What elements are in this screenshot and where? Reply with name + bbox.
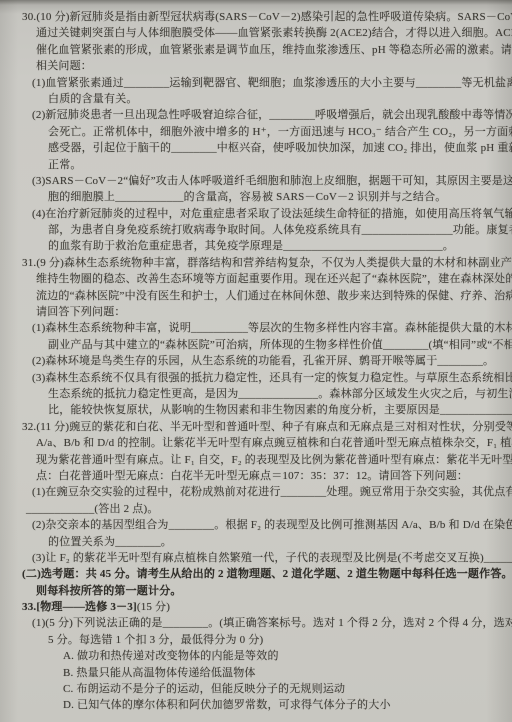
question-31-stem-line: 维持生物圈的稳态、改善生态环境等方面起重要作用。现在还兴起了“森林医院”，建在森… <box>22 271 506 287</box>
question-33-number: 33. <box>22 601 36 613</box>
question-30-item-4: 的血浆有助于救治危重症患者，其免疫学原理是___________________… <box>22 238 506 254</box>
question-31-item-1: (1)森林生态系统物种丰富，说明__________等层次的生物多样性内容丰富。… <box>22 320 506 336</box>
question-30-item-2: 正常。 <box>22 157 506 173</box>
question-31-item-3: 生态系统的抵抗力稳定性更高，是因为______________。森林部分区域发生… <box>22 386 506 402</box>
question-30-stem-line: 通过关键刺突蛋白与人体细胞膜受体——血管紧张素转换酶 2(ACE2)结合，才得以… <box>22 25 506 41</box>
question-33-option-b: B. 热量只能从高温物体传递给低温物体 <box>22 665 506 681</box>
question-33-item-1: 5 分。每选错 1 个扣 3 分，最低得分为 0 分) <box>22 632 506 648</box>
question-30-item-3: (3)SARS－CoV－2“偏好”攻击人体呼吸道纤毛细胞和肺泡上皮细胞，据题干可… <box>22 173 506 189</box>
elective-notice-line: 则每科按所答的第一题计分。 <box>22 583 506 599</box>
question-30-item-3: 胞的细胞膜上____________的含量高，容易被 SARS－CoV－2 识别… <box>22 189 506 205</box>
question-31-stem-line: 流边的“森林医院”中没有医生和护士，人们通过在林间休憩、散步来达到特殊的保健、疗… <box>22 288 506 304</box>
question-33-option-c: C. 布朗运动不是分子的运动，但能反映分子的无规则运动 <box>22 681 506 697</box>
question-30-stem-line: 催化血管紧张素的形成，血管紧张素是调节血压，维持血浆渗透压、pH 等稳态所必需的… <box>22 42 506 58</box>
question-33-option-a: A. 做功和热传递对改变物体的内能是等效的 <box>22 648 506 664</box>
exam-paper-page: 30.(10 分)新冠肺炎是指由新型冠状病毒(SARS－CoV－2)感染引起的急… <box>0 0 512 722</box>
question-31-item-2: (2)森林环境是鸟类生存的乐园，从生态系统的功能看，孔雀开屏、鹩哥开喉等属于__… <box>22 353 506 369</box>
question-30: 30.(10 分)新冠肺炎是指由新型冠状病毒(SARS－CoV－2)感染引起的急… <box>22 9 506 255</box>
question-32-stem-line: A/a、B/b 和 D/d 的控制。让紫花半无叶型有麻点豌豆植株和白花普通叶型无… <box>22 435 506 451</box>
question-30-item-1: (1)血管紧张素通过________运输到靶器官、靶细胞；血浆渗透压的大小主要与… <box>22 75 506 91</box>
question-30-item-4: (4)在治疗新冠肺炎的过程中，对危重症患者采取了设法延续生命特征的措施，如使用高… <box>22 206 506 222</box>
question-30-stem-line: 相关问题： <box>22 58 506 74</box>
question-30-item-4: 部，为患者自身免疫系统打败病毒争取时间。人体免疫系统具有____________… <box>22 222 506 238</box>
question-32-stem-line: 点：白花普通叶型无麻点：白花半无叶型无麻点＝107：35：37：12。请回答下列… <box>22 468 506 484</box>
question-31-stem-line: 31.(9 分)森林生态系统物种丰富，群落结构和营养结构复杂，不仅为人类提供大量… <box>22 255 506 271</box>
question-32-stem-line: 32.(11 分)豌豆的紫花和白花、半无叶型和普通叶型、种子有麻点和无麻点是三对… <box>22 419 506 435</box>
question-32-item-3: (3)让 F₂ 的紫花半无叶型有麻点植株自然繁殖一代，子代的表现型及比例是(不考… <box>22 550 506 566</box>
question-30-item-2: 感受器，引起位于脑干的________中枢兴奋，使呼吸加快加深，加速 CO₂ 排… <box>22 140 506 156</box>
question-33: 33.[物理——选修 3－3](15 分) (1)(5 分)下列说法正确的是__… <box>22 599 506 714</box>
question-33-points: (15 分) <box>137 601 170 613</box>
question-30-stem-line: 30.(10 分)新冠肺炎是指由新型冠状病毒(SARS－CoV－2)感染引起的急… <box>22 9 506 25</box>
section-2-elective-notice: (二)选考题：共 45 分。请考生从给出的 2 道物理题、2 道化学题、2 道生… <box>22 566 506 599</box>
question-30-item-2: (2)新冠肺炎患者一旦出现急性呼吸窘迫综合征，________呼吸增强后，就会出… <box>22 107 506 123</box>
question-31-item-3: (3)森林生态系统不仅具有很强的抵抗力稳定性，还具有一定的恢复力稳定性。与草原生… <box>22 370 506 386</box>
question-32-item-2: (2)杂交亲本的基因型组合为________。根据 F₂ 的表现型及比例可推测基… <box>22 517 506 533</box>
elective-notice-line: (二)选考题：共 45 分。请考生从给出的 2 道物理题、2 道化学题、2 道生… <box>22 566 506 582</box>
question-32-item-2: 的位置关系为________。 <box>22 534 506 550</box>
question-31-item-3: 比，能较快恢复原状，从影响的生物因素和非生物因素的角度分析，主要原因是_____… <box>22 402 506 418</box>
question-31-item-1: 副业产品与其中建立的“森林医院”可治病，所体现的生物多样性价值________(… <box>22 337 506 353</box>
question-32-item-1: (1)在豌豆杂交实验的过程中，花粉成熟前对花进行________处理。豌豆常用于… <box>22 484 506 500</box>
question-32: 32.(11 分)豌豆的紫花和白花、半无叶型和普通叶型、种子有麻点和无麻点是三对… <box>22 419 506 567</box>
question-30-item-1: 白质的含量有关。 <box>22 91 506 107</box>
question-33-item-1: (1)(5 分)下列说法正确的是________。(填正确答案标号。选对 1 个… <box>22 615 506 631</box>
question-33-heading: 33.[物理——选修 3－3](15 分) <box>22 599 506 615</box>
question-30-item-2: 会死亡。正常机体中，细胞外液中增多的 H⁺，一方面迅速与 HCO₃⁻ 结合产生 … <box>22 124 506 140</box>
question-32-item-1: ____________(答出 2 点)。 <box>22 501 506 517</box>
question-33-title: [物理——选修 3－3] <box>36 601 136 613</box>
question-31: 31.(9 分)森林生态系统物种丰富，群落结构和营养结构复杂，不仅为人类提供大量… <box>22 255 506 419</box>
question-33-option-d: D. 已知气体的摩尔体积和阿伏加德罗常数，可求得气体分子的大小 <box>22 697 506 713</box>
question-32-stem-line: 现为紫花普通叶型有麻点。让 F₁ 自交，F₂ 的表现型及比例为紫花普通叶型有麻点… <box>22 452 506 468</box>
question-31-stem-line: 请回答下列问题： <box>22 304 506 320</box>
